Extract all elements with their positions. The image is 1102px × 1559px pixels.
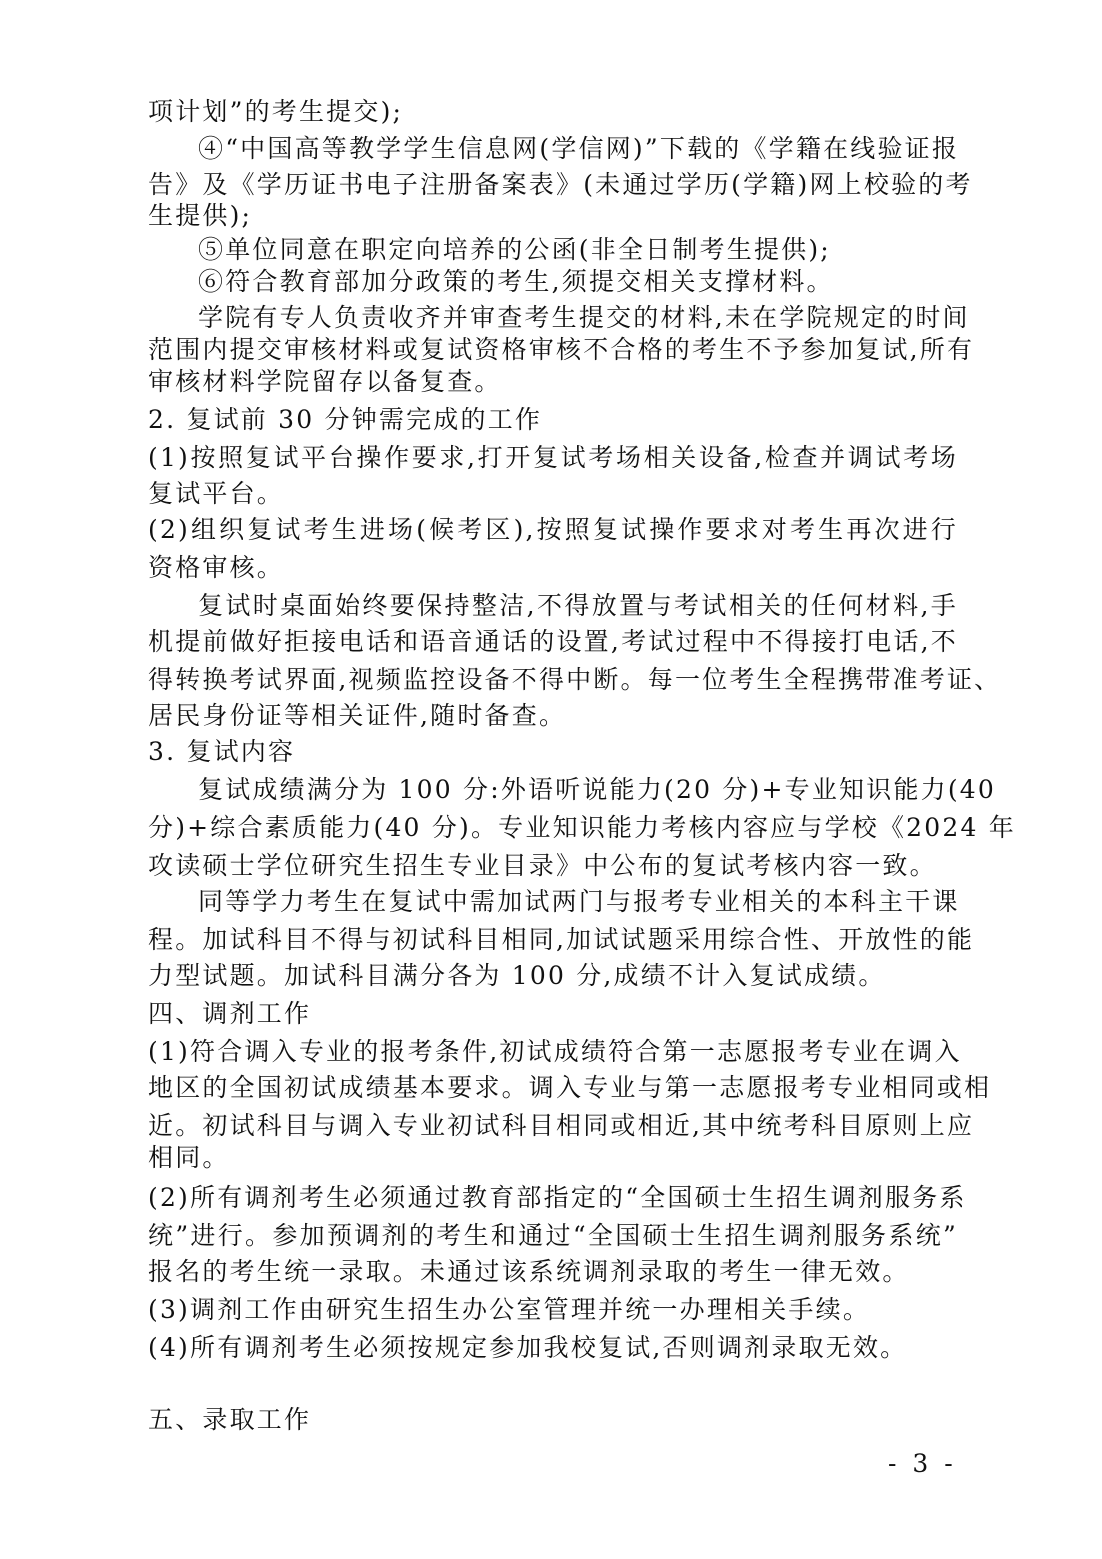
- text-line: ④“中国高等教学学生信息网(学信网)”下载的《学籍在线验证报: [198, 131, 958, 167]
- text-line: 范围内提交审核材料或复试资格审核不合格的考生不予参加复试,所有: [148, 332, 958, 368]
- text-line: 机提前做好拒接电话和语音通话的设置,考试过程中不得接打电话,不: [148, 624, 958, 660]
- text-line: 地区的全国初试成绩基本要求。调入专业与第一志愿报考专业相同或相: [148, 1070, 958, 1106]
- text-line: (2)所有调剂考生必须通过教育部指定的“全国硕士生招生调剂服务系: [148, 1180, 958, 1216]
- text-line: ⑥符合教育部加分政策的考生,须提交相关支撑材料。: [198, 264, 958, 300]
- text-line: 审核材料学院留存以备复查。: [148, 364, 958, 400]
- text-line: ⑤单位同意在职定向培养的公函(非全日制考生提供);: [198, 232, 958, 268]
- text-line: 攻读硕士学位研究生招生专业目录》中公布的复试考核内容一致。: [148, 848, 958, 884]
- text-line: 报名的考生统一录取。未通过该系统调剂录取的考生一律无效。: [148, 1254, 958, 1290]
- text-line: (4)所有调剂考生必须按规定参加我校复试,否则调剂录取无效。: [148, 1330, 958, 1366]
- text-line: 复试平台。: [148, 476, 958, 512]
- text-line: 居民身份证等相关证件,随时备查。: [148, 698, 958, 734]
- text-line: 复试时桌面始终要保持整洁,不得放置与考试相关的任何材料,手: [198, 588, 958, 624]
- text-line: 学院有专人负责收齐并审查考生提交的材料,未在学院规定的时间: [198, 300, 958, 336]
- text-line: (1)按照复试平台操作要求,打开复试考场相关设备,检查并调试考场: [148, 440, 958, 476]
- text-line: 力型试题。加试科目满分各为 100 分,成绩不计入复试成绩。: [148, 958, 958, 994]
- page-number: - 3 -: [888, 1446, 957, 1482]
- text-line: 资格审核。: [148, 550, 958, 586]
- text-line: 项计划”的考生提交);: [148, 94, 958, 130]
- text-line: 四、调剂工作: [148, 996, 958, 1032]
- text-line: (3)调剂工作由研究生招生办公室管理并统一办理相关手续。: [148, 1292, 958, 1328]
- text-line: 3. 复试内容: [148, 734, 958, 770]
- text-line: 分)+综合素质能力(40 分)。专业知识能力考核内容应与学校《2024 年: [148, 810, 958, 846]
- text-line: 相同。: [148, 1140, 958, 1176]
- text-line: 程。加试科目不得与初试科目相同,加试试题采用综合性、开放性的能: [148, 922, 958, 958]
- text-line: 同等学力考生在复试中需加试两门与报考专业相关的本科主干课: [198, 884, 958, 920]
- text-line: 复试成绩满分为 100 分:外语听说能力(20 分)+专业知识能力(40: [198, 772, 958, 808]
- text-line: 生提供);: [148, 198, 958, 234]
- document-page: 项计划”的考生提交);④“中国高等教学学生信息网(学信网)”下载的《学籍在线验证…: [0, 0, 1102, 1559]
- text-line: 2. 复试前 30 分钟需完成的工作: [148, 402, 958, 438]
- text-line: 统”进行。参加预调剂的考生和通过“全国硕士生招生调剂服务系统”: [148, 1218, 958, 1254]
- text-line: 五、录取工作: [148, 1402, 958, 1438]
- text-line: (2)组织复试考生进场(候考区),按照复试操作要求对考生再次进行: [148, 512, 958, 548]
- text-line: (1)符合调入专业的报考条件,初试成绩符合第一志愿报考专业在调入: [148, 1034, 958, 1070]
- text-line: 得转换考试界面,视频监控设备不得中断。每一位考生全程携带准考证、: [148, 662, 958, 698]
- text-line: 近。初试科目与调入专业初试科目相同或相近,其中统考科目原则上应: [148, 1108, 958, 1144]
